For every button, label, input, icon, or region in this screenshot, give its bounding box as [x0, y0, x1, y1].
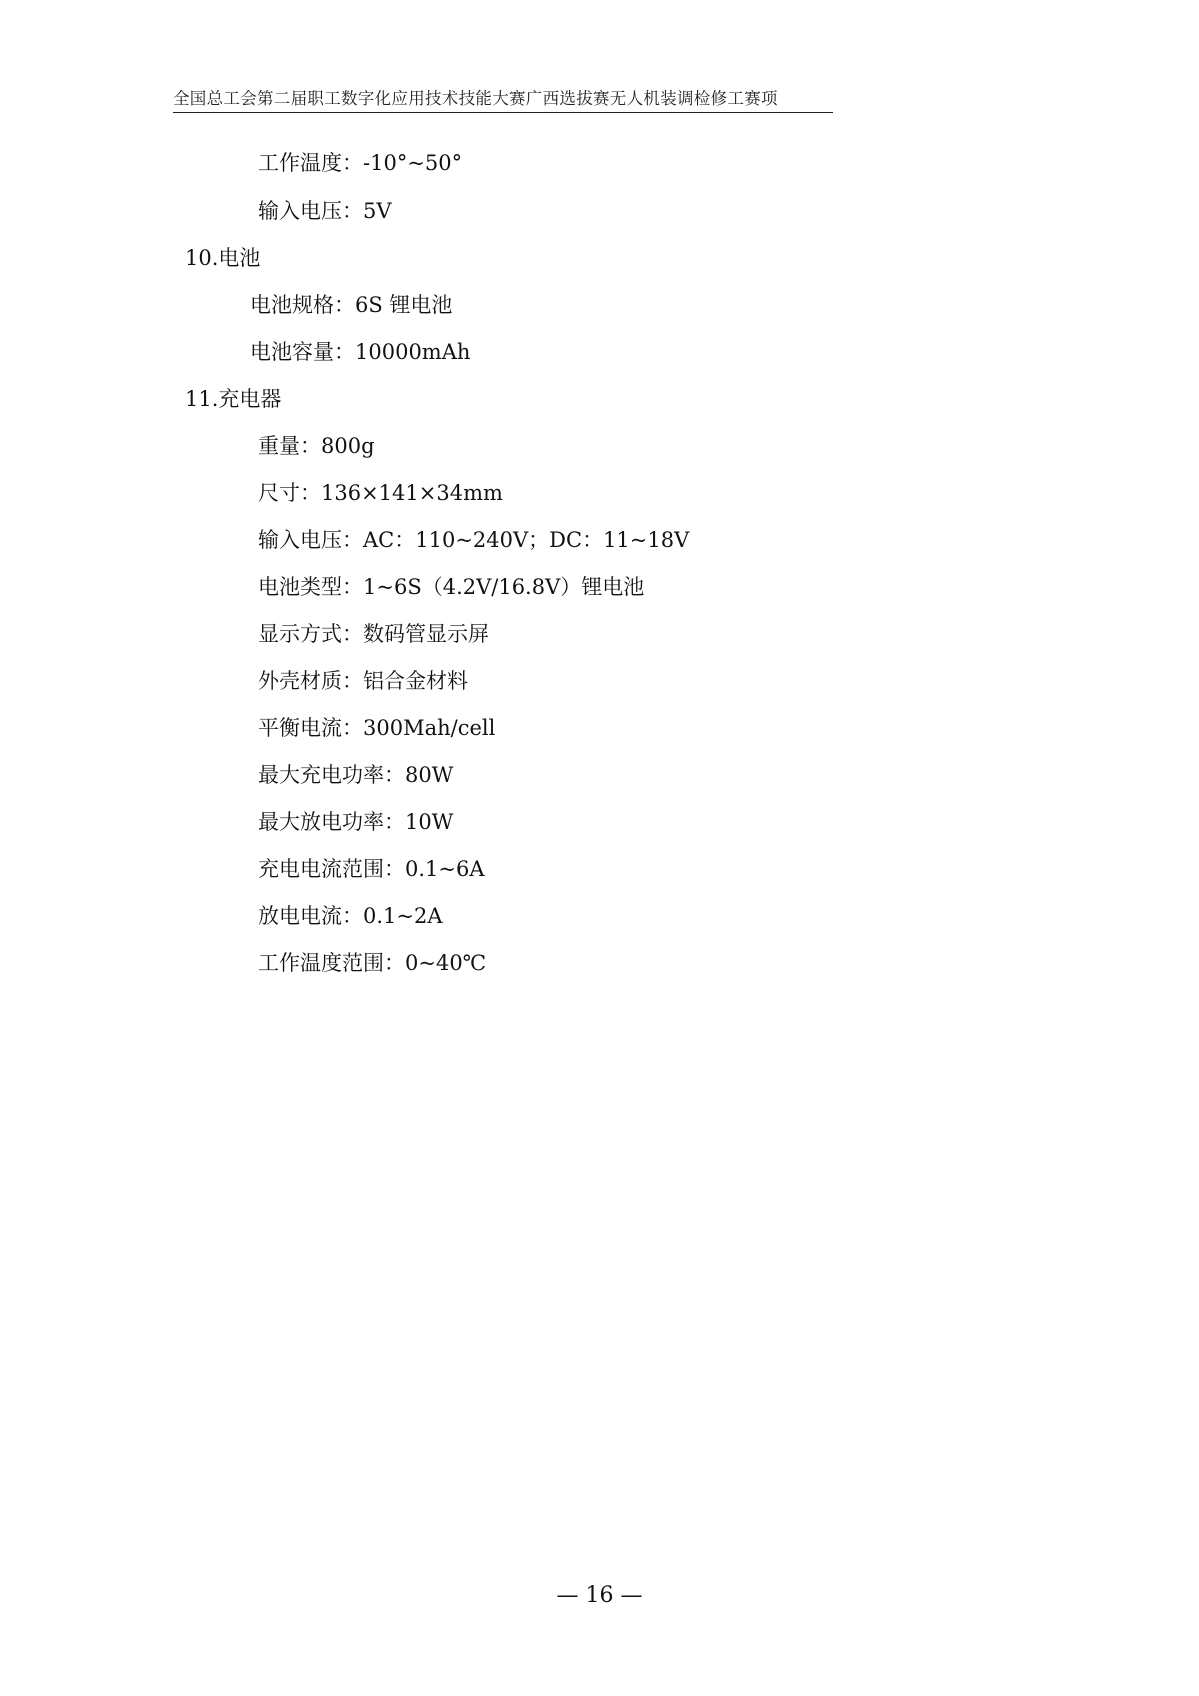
- spec-line-balance-current: 平衡电流：300Mah/cell: [258, 714, 495, 742]
- spec-line-max-charge-power: 最大充电功率：80W: [258, 761, 453, 789]
- spec-line-input-voltage: 输入电压：5V: [258, 197, 392, 225]
- spec-line-operating-temperature-range: 工作温度范围：0~40℃: [258, 949, 486, 977]
- page-number: — 16 —: [0, 1582, 1199, 1610]
- spec-line-discharge-current: 放电电流：0.1~2A: [258, 902, 443, 930]
- spec-line-battery-spec: 电池规格：6S 锂电池: [250, 291, 452, 319]
- spec-line-charge-current-range: 充电电流范围：0.1~6A: [258, 855, 485, 883]
- section-heading-charger: 11.充电器: [185, 385, 281, 413]
- spec-line-display: 显示方式：数码管显示屏: [258, 620, 489, 648]
- spec-line-battery-type: 电池类型：1~6S（4.2V/16.8V）锂电池: [258, 573, 644, 601]
- spec-line-operating-temperature: 工作温度：-10°~50°: [258, 149, 462, 177]
- spec-line-battery-capacity: 电池容量：10000mAh: [250, 338, 470, 366]
- spec-line-weight: 重量：800g: [258, 432, 375, 460]
- running-header: 全国总工会第二届职工数字化应用技术技能大赛广西选拔赛无人机装调检修工赛项: [173, 88, 833, 113]
- spec-line-dimensions: 尺寸：136×141×34mm: [258, 479, 503, 507]
- spec-line-max-discharge-power: 最大放电功率：10W: [258, 808, 453, 836]
- spec-line-housing-material: 外壳材质：铝合金材料: [258, 667, 468, 695]
- spec-line-charger-input-voltage: 输入电压：AC：110~240V；DC：11~18V: [258, 526, 689, 554]
- section-heading-battery: 10.电池: [185, 244, 260, 272]
